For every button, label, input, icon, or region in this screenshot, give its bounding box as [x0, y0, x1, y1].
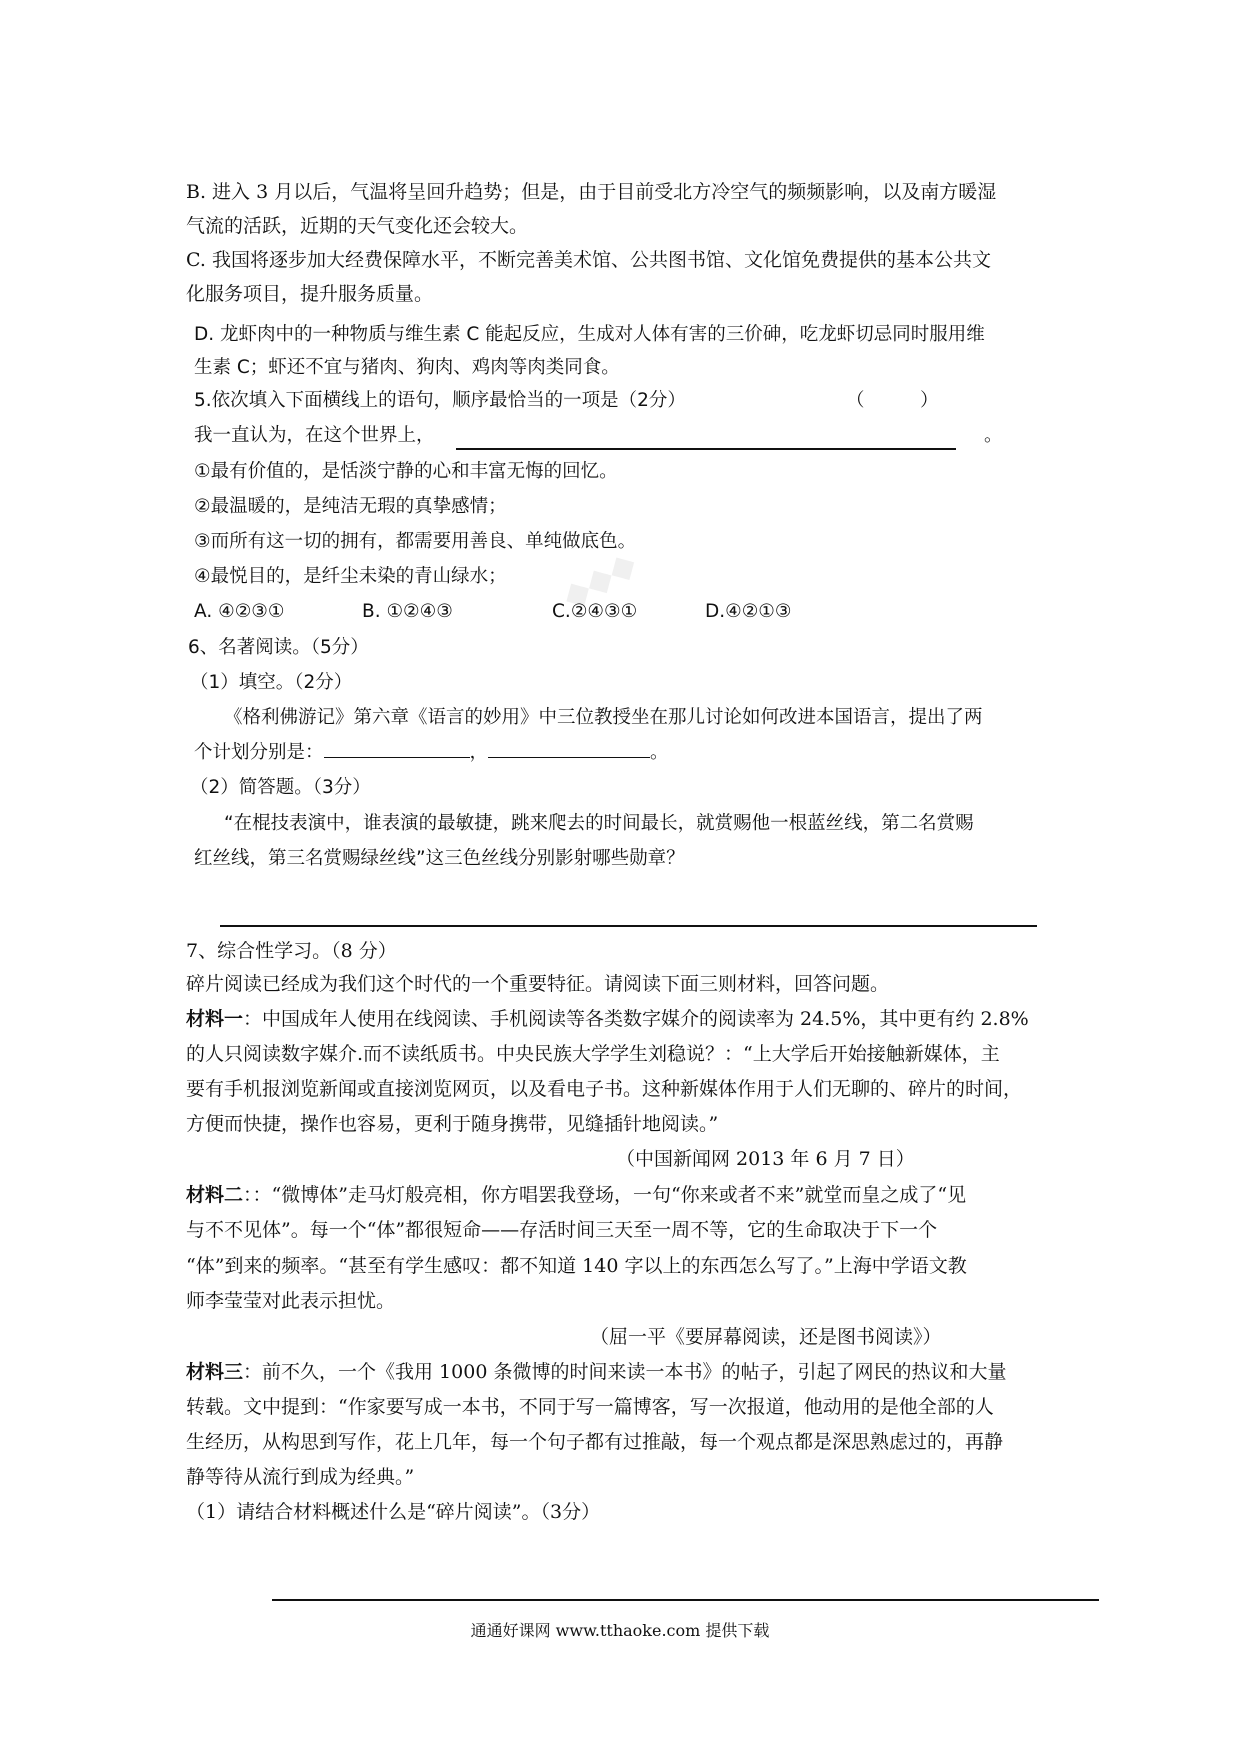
q7-material-2-source: （屈一平《要屏幕阅读，还是图书阅读》）: [590, 1323, 942, 1351]
q6-part1-title: （1）填空。（2分）: [190, 669, 352, 697]
q5-answer-bracket[interactable]: （ ）: [846, 387, 939, 415]
q6-blank-2[interactable]: [488, 739, 650, 758]
q7-material-2-line1: 材料二：：“微博体”走马灯般亮相，你方唱罢我登场，一句“你来或者不来”就堂而皇之…: [186, 1181, 966, 1209]
q5-choice-a-value: ④②③①: [218, 601, 284, 622]
q6-part2-line2: 红丝线，第三名赏赐绿丝线”这三色丝线分别影射哪些勋章？: [194, 845, 685, 873]
q5-fill-blank[interactable]: [456, 448, 956, 450]
page-footer: 通通好课网 www.tthaoke.com 提供下载: [0, 1618, 1240, 1641]
q5-choice-a-label: A.: [194, 601, 212, 622]
q5-stem-prefix: 我一直认为，在这个世界上，: [194, 422, 435, 450]
exam-page: ◆◆◆ B. 进入 3 月以后，气温将呈回升趋势；但是，由于目前受北方冷空气的频…: [0, 0, 1240, 1754]
q4-option-d-line2: 生素 C；虾还不宜与猪肉、狗肉、鸡肉等肉类同食。: [194, 354, 620, 382]
q7-material-1-label: 材料一: [186, 1008, 243, 1030]
q7-material-1-line2: 的人只阅读数字媒介.而不读纸质书。中央民族大学学生刘稳说？：“上大学后开始接触新…: [186, 1040, 1000, 1068]
q5-choice-b-label: B.: [362, 601, 381, 622]
q6-part1-line2-end: 。: [650, 742, 669, 763]
q5-choice-d[interactable]: D.④②①③: [705, 598, 791, 626]
q5-choice-b-value: ①②④③: [386, 601, 452, 622]
q7-material-3-line1: 材料三：前不久，一个《我用 1000 条微博的时间来读一本书》的帖子，引起了网民…: [186, 1358, 1006, 1386]
q5-prompt-text: 5.依次填入下面横线上的语句，顺序最恰当的一项是（2分）: [194, 390, 686, 411]
q4-option-b-line1: B. 进入 3 月以后，气温将呈回升趋势；但是，由于目前受北方冷空气的频频影响，…: [186, 178, 996, 206]
q6-part1-line2-prefix: 个计划分别是：: [194, 742, 324, 763]
q6-blank-separator: ，: [470, 742, 489, 763]
q7-material-2-line3: “体”到来的频率。“甚至有学生感叹：都不知道 140 字以上的东西怎么写了。”上…: [186, 1252, 967, 1280]
q6-title: 6、名著阅读。（5分）: [188, 634, 369, 662]
q6-blank-1[interactable]: [324, 739, 470, 758]
q7-material-3-text: ：前不久，一个《我用 1000 条微博的时间来读一本书》的帖子，引起了网民的热议…: [243, 1361, 1006, 1383]
q6-part2-line1: “在棍技表演中，谁表演的最敏捷，跳来爬去的时间最长，就赏赐他一根蓝丝线，第二名赏…: [224, 810, 974, 838]
q7-material-1-text: ：中国成年人使用在线阅读、手机阅读等各类数字媒介的阅读率为 24.5%，其中更有…: [243, 1008, 1029, 1030]
q4-option-d-line1: D. 龙虾肉中的一种物质与维生素 C 能起反应，生成对人体有害的三价砷，吃龙虾切…: [194, 321, 985, 349]
q5-sentence-1: ①最有价值的，是恬淡宁静的心和丰富无悔的回忆。: [194, 458, 618, 486]
q5-choice-a[interactable]: A. ④②③①: [194, 598, 284, 626]
q7-material-3-line2: 转载。文中提到：“作家要写成一本书，不同于写一篇博客，写一次报道，他动用的是他全…: [186, 1393, 994, 1421]
q5-stem-suffix: 。: [984, 422, 1003, 450]
q5-choice-c[interactable]: C.②④③①: [552, 598, 637, 626]
q7-material-1-line1: 材料一：中国成年人使用在线阅读、手机阅读等各类数字媒介的阅读率为 24.5%，其…: [186, 1005, 1029, 1033]
q5-choice-d-label: D.: [705, 601, 725, 622]
q7-material-2-label: 材料二: [186, 1184, 243, 1206]
q7-material-2-text: ：：“微博体”走马灯般亮相，你方唱罢我登场，一句“你来或者不来”就堂而皇之成了“…: [243, 1184, 966, 1206]
q6-part1-line2: 个计划分别是：，。: [194, 739, 669, 767]
q5-sentence-4: ④最悦目的，是纤尘未染的青山绿水；: [194, 563, 507, 591]
q5-choice-c-label: C.: [552, 601, 571, 622]
q6-part1-line1: 《格利佛游记》第六章《语言的妙用》中三位教授坐在那儿讨论如何改进本国语言，提出了…: [224, 704, 983, 732]
q6-answer-line[interactable]: [220, 925, 1037, 927]
q7-answer-line[interactable]: [272, 1599, 1099, 1601]
q5-sentence-3: ③而所有这一切的拥有，都需要用善良、单纯做底色。: [194, 528, 636, 556]
q7-intro: 碎片阅读已经成为我们这个时代的一个重要特征。请阅读下面三则材料，回答问题。: [186, 970, 889, 998]
q5-choice-c-value: ②④③①: [571, 601, 637, 622]
q5-choice-b[interactable]: B. ①②④③: [362, 598, 453, 626]
q7-material-1-line4: 方便而快捷，操作也容易，更利于随身携带，见缝插针地阅读。”: [186, 1110, 718, 1138]
q5-sentence-2: ②最温暖的，是纯洁无瑕的真挚感情；: [194, 493, 507, 521]
q4-option-b-line2: 气流的活跃，近期的天气变化还会较大。: [186, 212, 528, 240]
q5-choice-d-value: ④②①③: [725, 601, 791, 622]
q7-material-2-line4: 师李莹莹对此表示担忧。: [186, 1287, 395, 1315]
q7-material-1-source: （中国新闻网 2013 年 6 月 7 日）: [616, 1145, 915, 1173]
q5-prompt: 5.依次填入下面横线上的语句，顺序最恰当的一项是（2分）: [194, 387, 686, 415]
q7-material-3-line3: 生经历，从构思到写作，花上几年，每一个句子都有过推敲，每一个观点都是深思熟虑过的…: [186, 1428, 1003, 1456]
q7-material-3-line4: 静等待从流行到成为经典。”: [186, 1463, 414, 1491]
q7-material-1-line3: 要有手机报浏览新闻或直接浏览网页，以及看电子书。这种新媒体作用于人们无聊的、碎片…: [186, 1075, 1022, 1103]
q4-option-c-line1: C. 我国将逐步加大经费保障水平，不断完善美术馆、公共图书馆、文化馆免费提供的基…: [186, 246, 991, 274]
q7-material-2-line2: 与不不见体”。每一个“体”都很短命——存活时间三天至一周不等，它的生命取决于下一…: [186, 1216, 937, 1244]
q6-part2-title: （2）简答题。（3分）: [190, 774, 371, 802]
q7-sub-question-1: （1）请结合材料概述什么是“碎片阅读”。（3分）: [186, 1498, 600, 1526]
q4-option-c-line2: 化服务项目，提升服务质量。: [186, 280, 433, 308]
q7-title: 7、综合性学习。（8 分）: [186, 937, 397, 965]
q7-material-3-label: 材料三: [186, 1361, 243, 1383]
footer-text: 通通好课网 www.tthaoke.com 提供下载: [471, 1621, 770, 1640]
